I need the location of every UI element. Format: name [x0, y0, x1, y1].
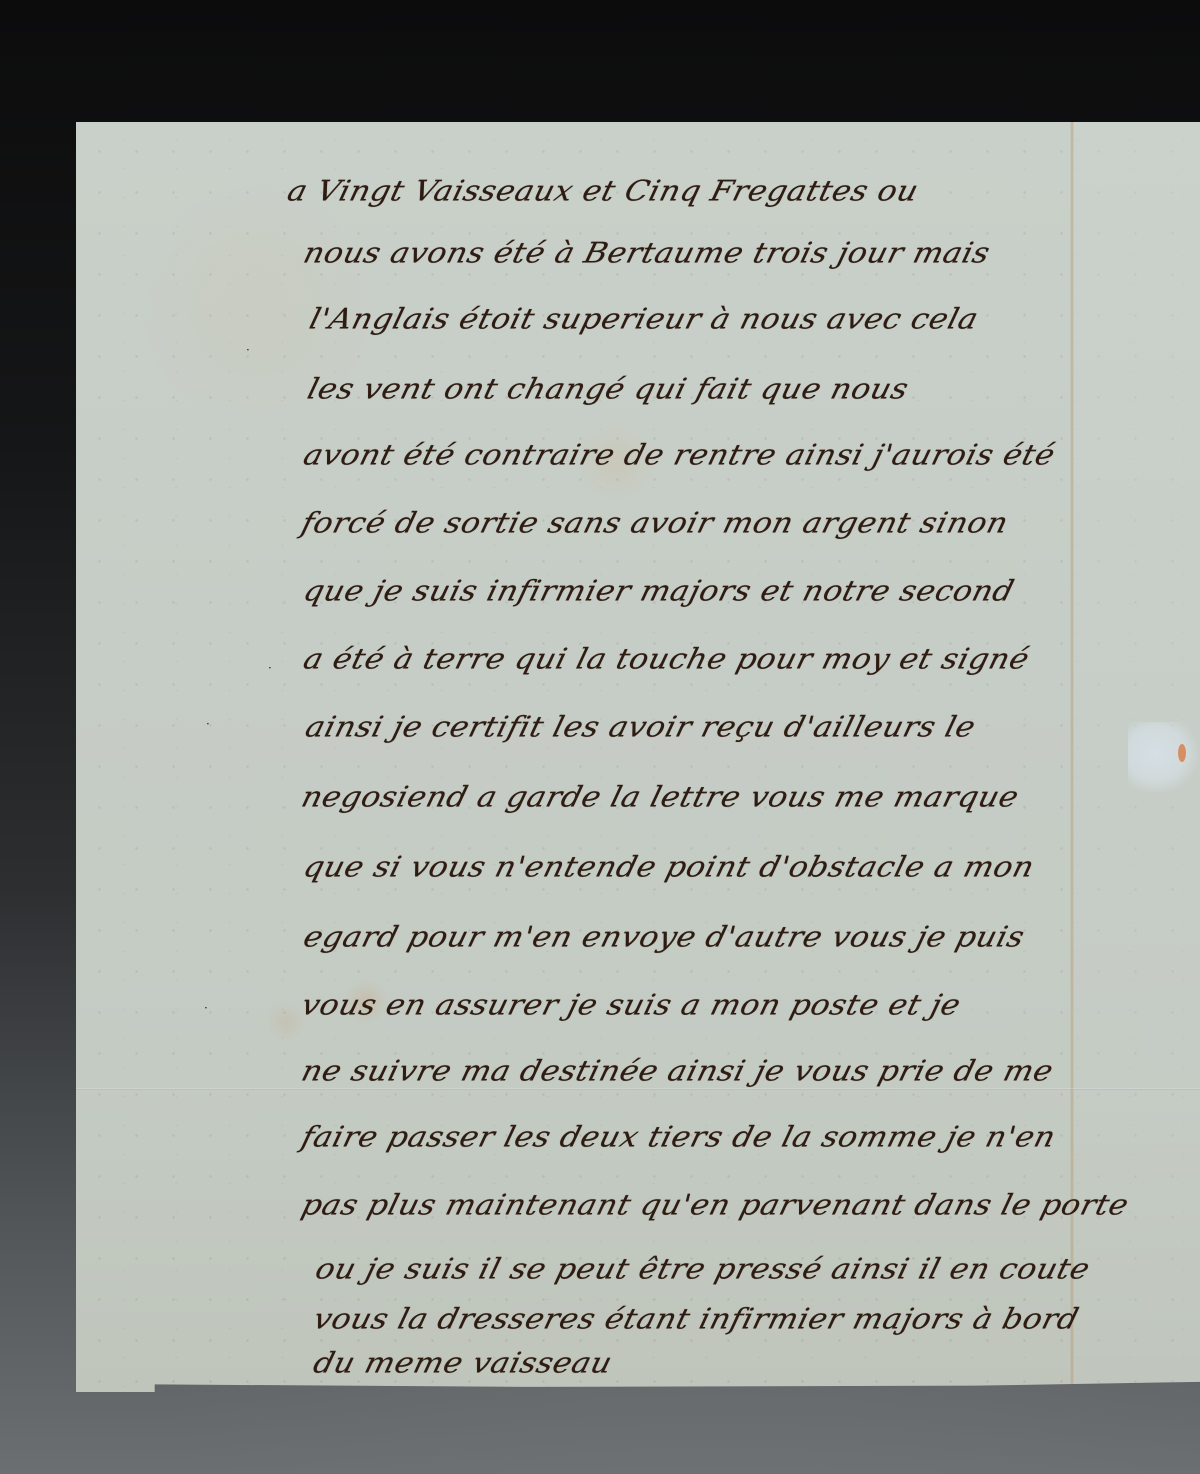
manuscript-line: que si vous n'entende point d'obstacle a… — [300, 851, 1038, 884]
manuscript-line: a été à terre qui la touche pour moy et … — [300, 643, 1033, 676]
manuscript-line: pas plus maintenant qu'en parvenant dans… — [298, 1189, 1132, 1222]
manuscript-line: que je suis infirmier majors et notre se… — [300, 575, 1018, 608]
margin-ink-dot-icon: · — [268, 662, 272, 674]
manuscript-line: a Vingt Vaisseaux et Cinq Fregattes ou — [284, 175, 922, 208]
manuscript-line: ne suivre ma destinée ainsi je vous prie… — [298, 1055, 1057, 1088]
manuscript-line: ou je suis il se peut être pressé ainsi … — [312, 1253, 1093, 1286]
horizontal-fold-line — [76, 1088, 1200, 1090]
margin-ink-dot-icon: · — [246, 344, 250, 356]
manuscript-sheet: · · · · a Vingt Vaisseaux et Cinq Fregat… — [76, 122, 1200, 1392]
manuscript-line: vous en assurer je suis a mon poste et j… — [298, 989, 964, 1022]
manuscript-line: negosiend a garde la lettre vous me marq… — [298, 781, 1022, 814]
manuscript-line: forcé de sortie sans avoir mon argent si… — [298, 507, 1012, 540]
manuscript-line: egard pour m'en envoye d'autre vous je p… — [300, 921, 1028, 954]
manuscript-line: ainsi je certifit les avoir reçu d'aille… — [302, 711, 979, 744]
manuscript-line: l'Anglais étoit superieur à nous avec ce… — [306, 303, 982, 336]
margin-ink-dot-icon: · — [204, 1002, 208, 1014]
manuscript-line: avont été contraire de rentre ainsi j'au… — [300, 439, 1058, 472]
manuscript-line: nous avons été à Bertaume trois jour mai… — [300, 237, 994, 270]
manuscript-line: faire passer les deux tiers de la somme … — [298, 1121, 1059, 1154]
manuscript-line: les vent ont changé qui fait que nous — [304, 373, 912, 406]
margin-ink-dot-icon: · — [206, 718, 210, 730]
manuscript-line: vous la dresseres étant infirmier majors… — [310, 1303, 1082, 1336]
manuscript-line: du meme vaisseau — [310, 1347, 616, 1380]
wax-seal-residue-icon — [1128, 722, 1198, 792]
